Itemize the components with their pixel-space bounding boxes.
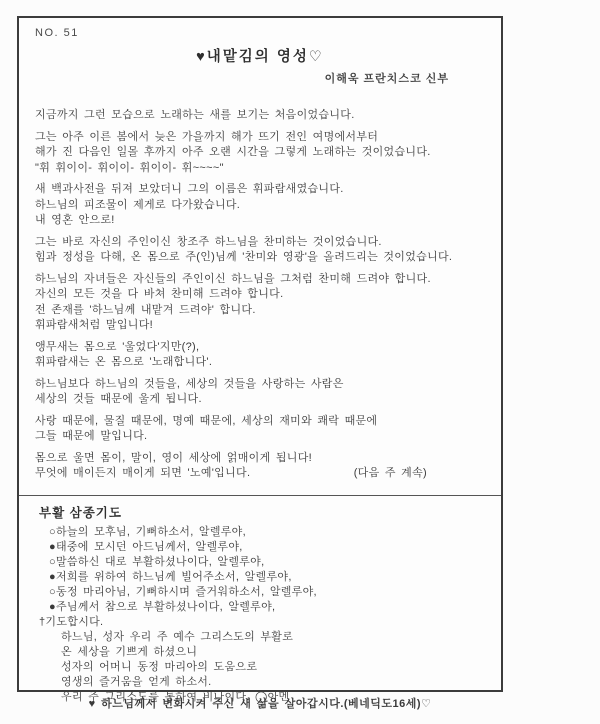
text-line: 하느님의 자녀들은 자신들의 주인이신 하느님을 그처럼 찬미해 드려야 합니다… <box>35 272 485 288</box>
text-line: 자신의 모든 것을 다 바쳐 찬미해 드려야 합니다. <box>35 287 485 303</box>
text-line: 해가 진 다음인 일몰 후까지 아주 오랜 시간을 그렇게 노래하는 것이었습니… <box>35 145 485 161</box>
text-line: 전 존재를 '하느님께 내맡겨 드려야' 합니다. <box>35 303 485 319</box>
text-line-part: 무엇에 매이든지 매이게 되면 '노예'입니다. <box>35 466 250 482</box>
text-line: 하느님의 피조물이 제게로 다가왔습니다. <box>35 198 485 214</box>
prayer-line: 온 세상을 기쁘게 하셨으니 <box>61 645 485 660</box>
paragraph: 지금까지 그런 모습으로 노래하는 새를 보기는 처음이었습니다. <box>35 108 485 124</box>
prayer-line: 영생의 즐거움을 얻게 하소서. <box>61 675 485 690</box>
prayer-versicles: ○하늘의 모후님, 기뻐하소서, 알렐루야, ●태중에 모시던 아드님께서, 알… <box>35 525 485 615</box>
versicle-line: ●주님께서 참으로 부활하셨나이다, 알렐루야, <box>49 600 485 615</box>
bulletin-page: NO. 51 ♥내맡김의 영성♡ 이해욱 프란치스코 신부 지금까지 그런 모습… <box>0 0 600 724</box>
text-line: 세상의 것들 때문에 울게 됩니다. <box>35 392 485 408</box>
article-body: 지금까지 그런 모습으로 노래하는 새를 보기는 처음이었습니다. 그는 아주 … <box>35 108 485 482</box>
text-line: 하느님보다 하느님의 것들을, 세상의 것들을 사랑하는 사람은 <box>35 377 485 393</box>
versicle-line: ○동정 마리아님, 기뻐하시며 즐거워하소서, 알렐루야, <box>49 585 485 600</box>
prayer-line: 하느님, 성자 우리 주 예수 그리스도의 부활로 <box>61 630 485 645</box>
content-border-box: NO. 51 ♥내맡김의 영성♡ 이해욱 프란치스코 신부 지금까지 그런 모습… <box>17 16 503 692</box>
text-line: 그는 아주 이른 봄에서 늦은 가을까지 해가 뜨기 전인 여명에서부터 <box>35 130 485 146</box>
prayer-section: 부활 삼종기도 ○하늘의 모후님, 기뻐하소서, 알렐루야, ●태중에 모시던 … <box>35 503 485 705</box>
prayer-body: 하느님, 성자 우리 주 예수 그리스도의 부활로 온 세상을 기쁘게 하셨으니… <box>35 630 485 705</box>
versicle-line: ○하늘의 모후님, 기뻐하소서, 알렐루야, <box>49 525 485 540</box>
issue-number: NO. 51 <box>35 27 485 39</box>
text-line: 지금까지 그런 모습으로 노래하는 새를 보기는 처음이었습니다. <box>35 109 355 121</box>
text-line: 힘과 정성을 다해, 온 몸으로 주(인)님께 '찬미와 영광'을 올려드리는 … <box>35 250 485 266</box>
text-line: 그는 바로 자신의 주인이신 창조주 하느님을 찬미하는 것이었습니다. <box>35 235 485 251</box>
text-line: 내 영혼 안으로! <box>35 213 485 229</box>
versicle-line: ●태중에 모시던 아드님께서, 알렐루야, <box>49 540 485 555</box>
text-line: 몸으로 울면 몸이, 말이, 영이 세상에 얽매이게 됩니다! <box>35 451 485 467</box>
prayer-line: 성자의 어머니 동정 마리아의 도움으로 <box>61 660 485 675</box>
article-author: 이해욱 프란치스코 신부 <box>35 70 485 86</box>
text-line: 사랑 때문에, 물질 때문에, 명예 때문에, 세상의 재미와 쾌락 때문에 <box>35 414 485 430</box>
oremus-line: †기도합시다. <box>35 615 485 630</box>
section-divider <box>19 495 501 496</box>
continued-note: (다음 주 계속) <box>354 466 427 482</box>
article-title: ♥내맡김의 영성♡ <box>35 45 485 66</box>
text-line: 휘파람새처럼 말입니다! <box>35 318 485 334</box>
text-line: 앵무새는 몸으로 '울었다'지만(?), <box>35 340 485 356</box>
prayer-heading: 부활 삼종기도 <box>39 503 485 521</box>
versicle-line: ○말씀하신 대로 부활하셨나이다, 알렐루야, <box>49 555 485 570</box>
footer-note: ♥ 하느님께서 변화시켜 주신 새 삶을 살아갑시다.(베네딕도16세)♡ <box>17 695 503 711</box>
text-line: 휘파람새는 온 몸으로 '노래합니다'. <box>35 355 485 371</box>
text-line: "휘 휘이이- 휘이이- 휘이이- 휘~~~~" <box>35 161 485 177</box>
versicle-line: ●저희를 위하여 하느님께 빌어주소서, 알렐루야, <box>49 570 485 585</box>
text-line: 그들 때문에 말입니다. <box>35 429 485 445</box>
text-line: 무엇에 매이든지 매이게 되면 '노예'입니다. (다음 주 계속) <box>35 466 485 482</box>
text-line: 새 백과사전을 뒤져 보았더니 그의 이름은 휘파람새였습니다. <box>35 182 485 198</box>
